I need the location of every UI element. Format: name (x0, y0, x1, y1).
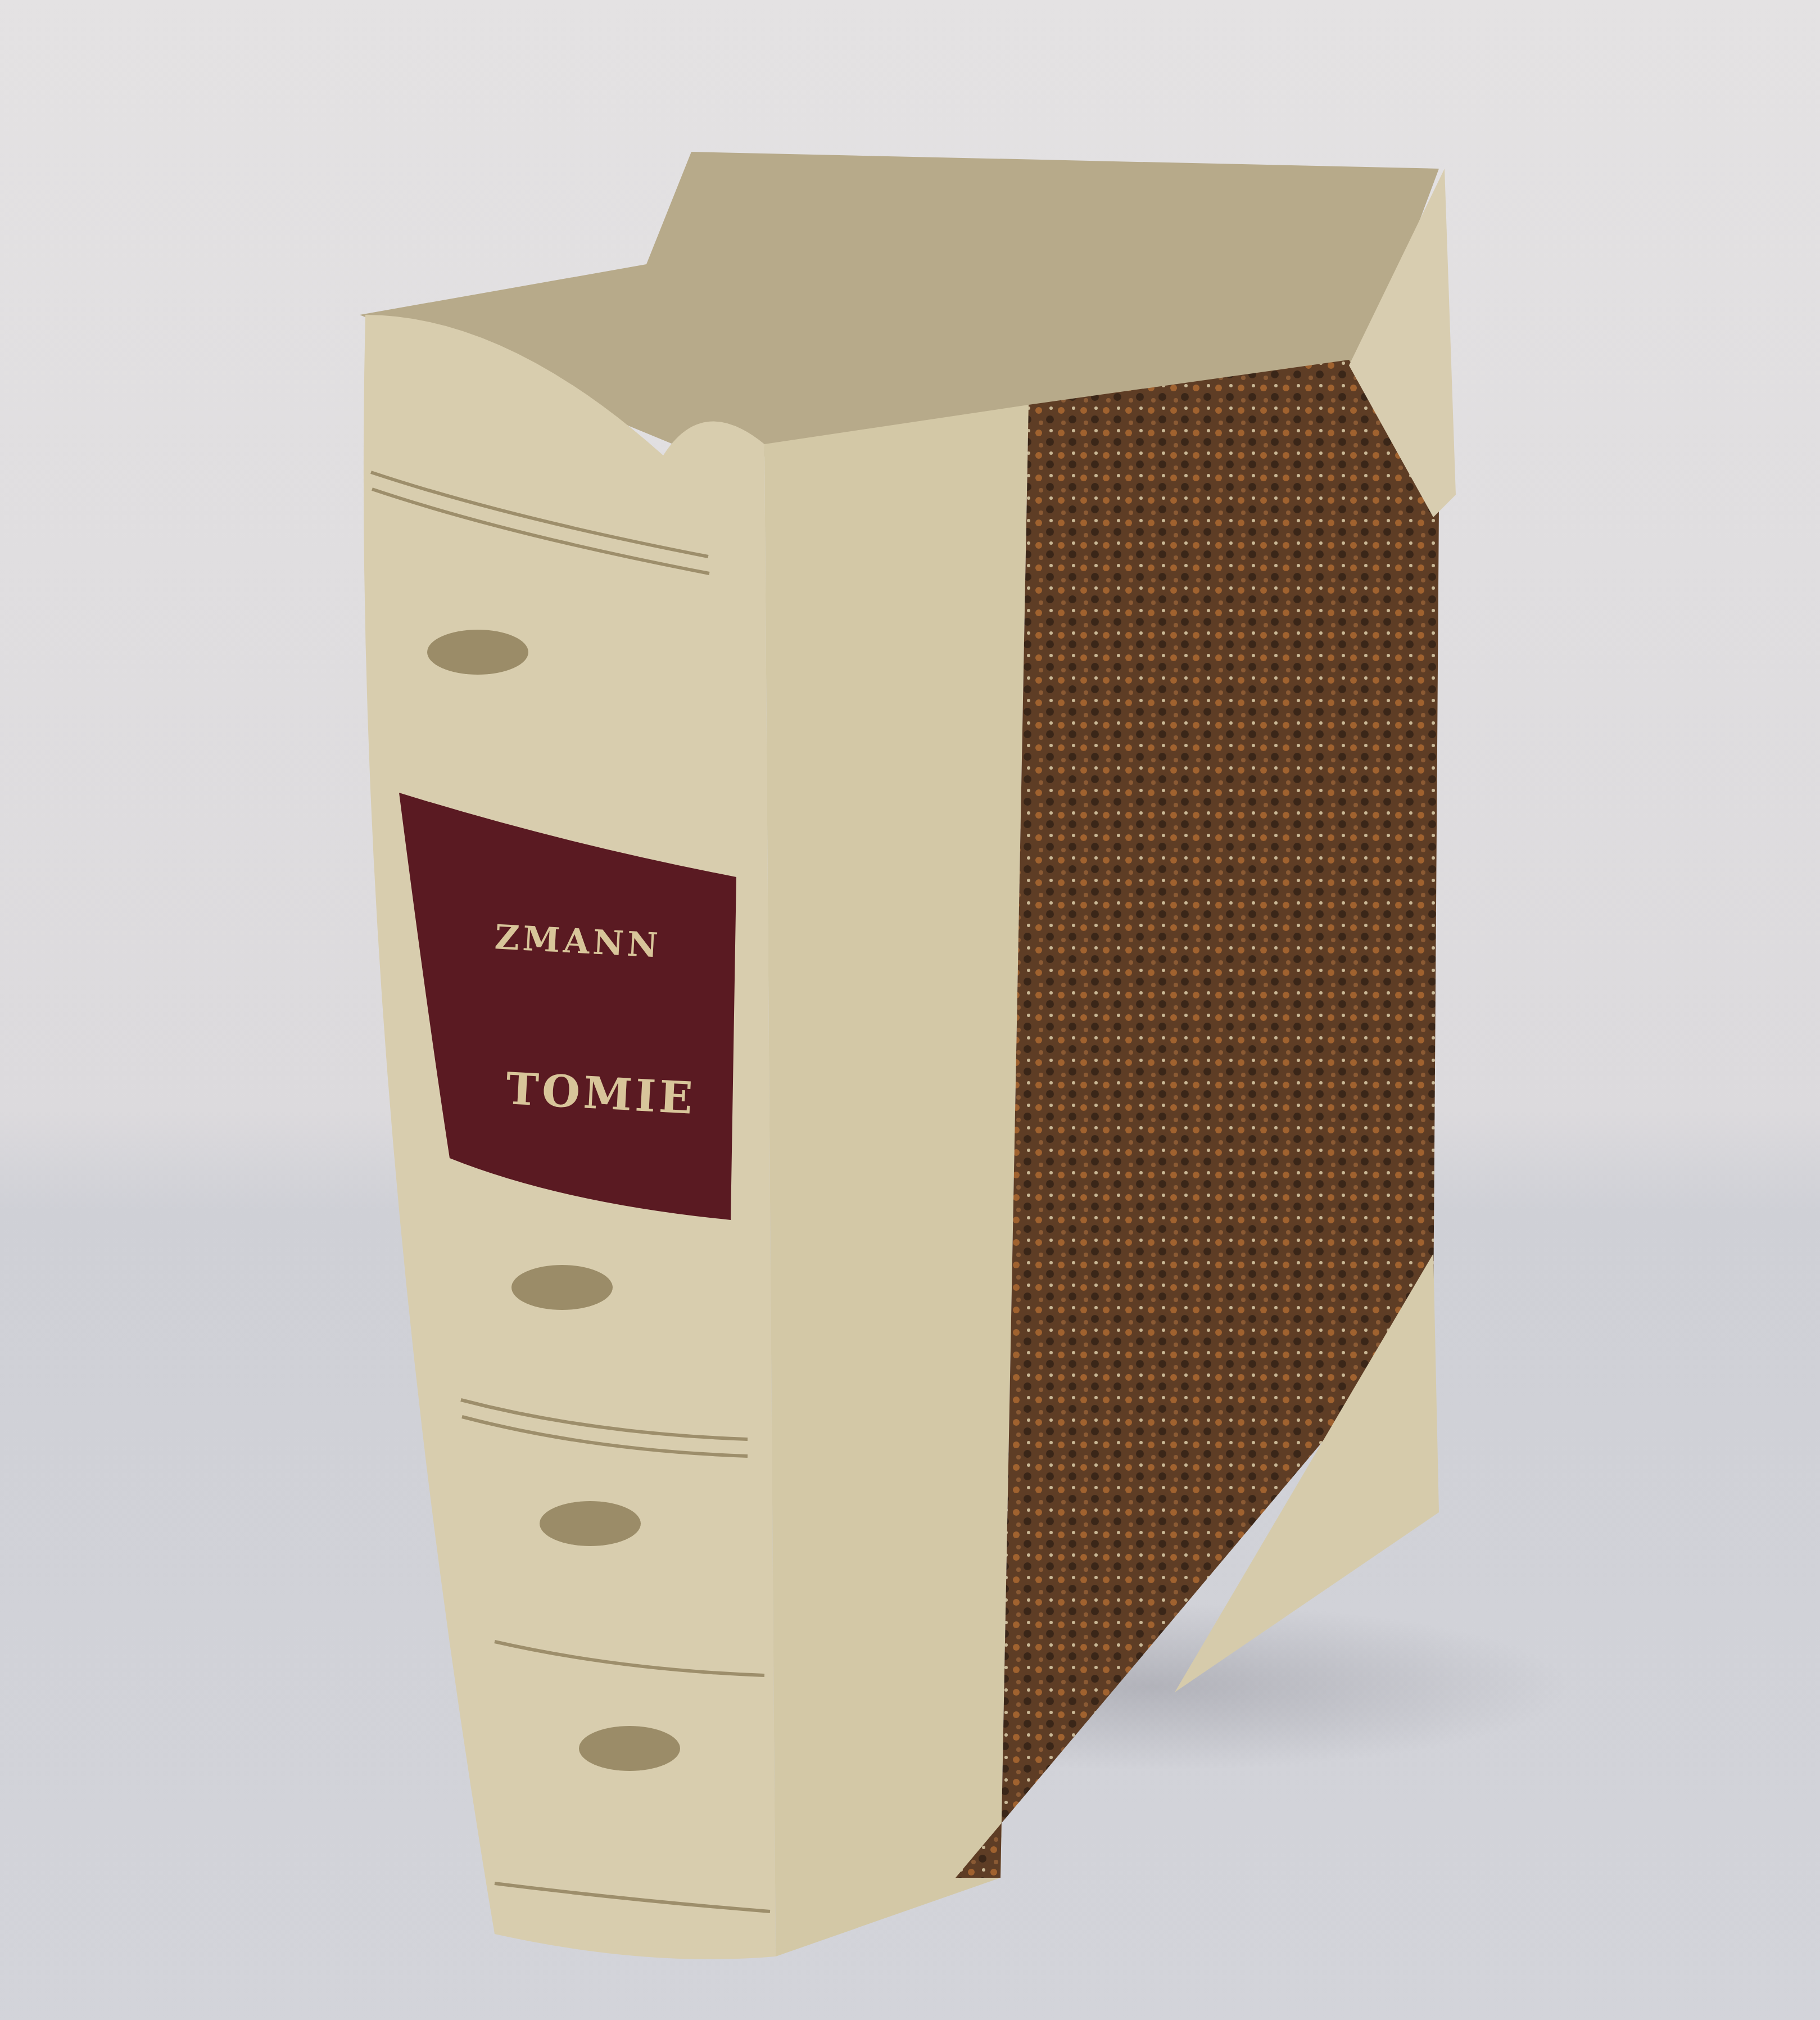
spine-label-title: TOMIE (505, 1063, 698, 1124)
book-illustration (0, 0, 1820, 2020)
front-board-vellum (764, 405, 1029, 1956)
marbled-board (956, 360, 1439, 1878)
